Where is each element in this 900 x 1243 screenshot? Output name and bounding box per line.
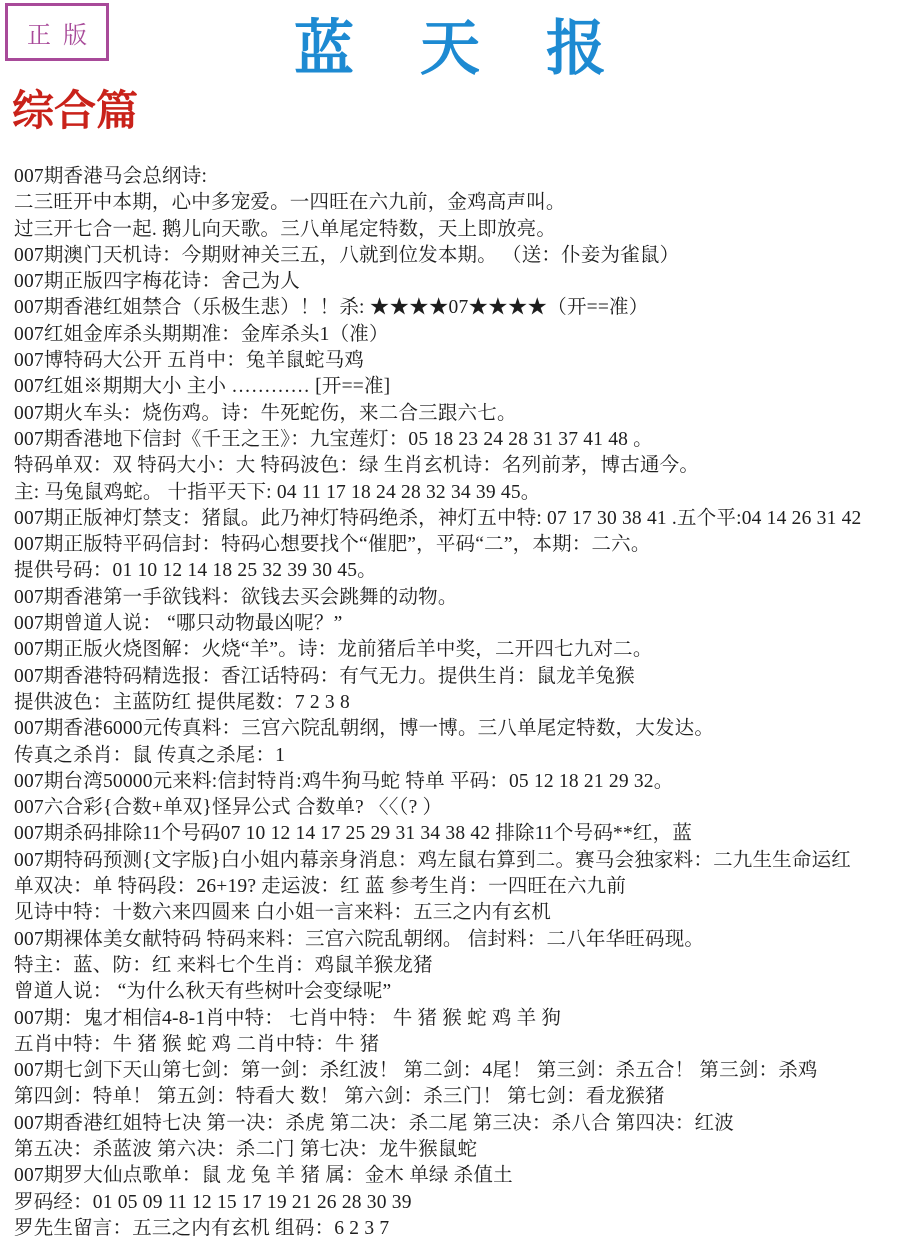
report-line: 特主：蓝、防：红 来料七个生肖：鸡鼠羊猴龙猪 xyxy=(14,953,898,979)
title-char-2: 天 xyxy=(420,8,480,90)
report-line: 007期香港6000元传真料：三宫六院乱朝纲，博一博。三八单尾定特数，大发达。 xyxy=(14,716,898,742)
report-line: 007期正版神灯禁支：猪鼠。此乃神灯特码绝杀，神灯五中特: 07 17 30 3… xyxy=(14,506,898,532)
report-line: 007博特码大公开 五肖中：兔羊鼠蛇马鸡 xyxy=(14,348,898,374)
report-content: 007期香港马会总纲诗:二三旺开中本期，心中多宠爱。一四旺在六九前，金鸡高声叫。… xyxy=(14,164,898,1242)
report-line: 见诗中特：十数六来四圆来 白小姐一言来料：五三之内有玄机 xyxy=(14,900,898,926)
report-line: 007期香港红姐禁合（乐极生悲）！！杀: ★★★★07★★★★（开==准） xyxy=(14,295,898,321)
report-line: 特码单双：双 特码大小：大 特码波色：绿 生肖玄机诗：名列前茅，博古通今。 xyxy=(14,453,898,479)
title-char-1: 蓝 xyxy=(294,8,354,90)
report-line: 007期香港特码精选报：香江话特码：有气无力。提供生肖：鼠龙羊兔猴 xyxy=(14,664,898,690)
report-line: 罗先生留言：五三之内有玄机 组码：6 2 3 7 xyxy=(14,1216,898,1242)
report-line: 主: 马兔鼠鸡蛇。 十指平天下: 04 11 17 18 24 28 32 34… xyxy=(14,480,898,506)
report-line: 007期正版特平码信封：特码心想要找个“催肥”，平码“二”，本期：二六。 xyxy=(14,532,898,558)
report-line: 007期正版火烧图解：火烧“羊”。诗：龙前猪后羊中奖，二开四七九对二。 xyxy=(14,637,898,663)
report-line: 提供波色：主蓝防红 提供尾数：7 2 3 8 xyxy=(14,690,898,716)
report-line: 传真之杀肖：鼠 传真之杀尾：1 xyxy=(14,743,898,769)
report-line: 第四剑：特单！ 第五剑：特看大 数！ 第六剑：杀三门！ 第七剑：看龙猴猪 xyxy=(14,1084,898,1110)
report-line: 007期裸体美女献特码 特码来料：三宫六院乱朝纲。 信封料：二八年华旺码现。 xyxy=(14,927,898,953)
report-line: 007期正版四字梅花诗：舍己为人 xyxy=(14,269,898,295)
report-line: 007期特码预测{文字版}白小姐内幕亲身消息：鸡左鼠右算到二。赛马会独家料：二九… xyxy=(14,848,898,874)
report-line: 007红姐※期期大小 主小 ………… [开==准] xyxy=(14,374,898,400)
section-heading: 综合篇 xyxy=(12,86,138,138)
report-line: 二三旺开中本期，心中多宠爱。一四旺在六九前，金鸡高声叫。 xyxy=(14,190,898,216)
title-char-3: 报 xyxy=(546,8,606,90)
report-line: 007期杀码排除11个号码07 10 12 14 17 25 29 31 34 … xyxy=(14,821,898,847)
newspaper-title: 蓝 天 报 xyxy=(0,8,900,90)
report-line: 提供号码：01 10 12 14 18 25 32 39 30 45。 xyxy=(14,558,898,584)
report-line: 过三开七合一起. 鹅儿向天歌。三八单尾定特数，天上即放亮。 xyxy=(14,217,898,243)
report-line: 曾道人说： “为什么秋天有些树叶会变绿呢” xyxy=(14,979,898,1005)
report-line: 007六合彩{合数+单双}怪异公式 合数单? 〈〈（? ） xyxy=(14,795,898,821)
report-line: 007期曾道人说： “哪只动物最凶呢？” xyxy=(14,611,898,637)
report-line: 007期七剑下天山第七剑：第一剑：杀红波！ 第二剑：4尾！ 第三剑：杀五合！ 第… xyxy=(14,1058,898,1084)
report-line: 007期香港地下信封《千王之王》：九宝莲灯：05 18 23 24 28 31 … xyxy=(14,427,898,453)
report-line: 第五决：杀蓝波 第六决：杀二门 第七决：龙牛猴鼠蛇 xyxy=(14,1137,898,1163)
report-line: 007期火车头：烧伤鸡。诗：牛死蛇伤，来二合三跟六七。 xyxy=(14,401,898,427)
report-line: 罗码经：01 05 09 11 12 15 17 19 21 26 28 30 … xyxy=(14,1190,898,1216)
report-line: 007红姐金库杀头期期准：金库杀头1（准） xyxy=(14,322,898,348)
report-line: 单双决：单 特码段：26+19? 走运波：红 蓝 参考生肖：一四旺在六九前 xyxy=(14,874,898,900)
report-line: 007期台湾50000元来料:信封特肖:鸡牛狗马蛇 特单 平码：05 12 18… xyxy=(14,769,898,795)
newspaper-page: 正 版 蓝 天 报 综合篇 007期香港马会总纲诗:二三旺开中本期，心中多宠爱。… xyxy=(0,0,900,1243)
report-line: 007期香港红姐特七决 第一决：杀虎 第二决：杀二尾 第三决：杀八合 第四决：红… xyxy=(14,1111,898,1137)
report-line: 007期香港马会总纲诗: xyxy=(14,164,898,190)
report-line: 007期香港第一手欲钱料：欲钱去买会跳舞的动物。 xyxy=(14,585,898,611)
report-line: 007期：鬼才相信4-8-1肖中特： 七肖中特： 牛 猪 猴 蛇 鸡 羊 狗 xyxy=(14,1006,898,1032)
report-line: 007期澳门天机诗：今期财神关三五，八就到位发本期。 （送：仆妾为雀鼠） xyxy=(14,243,898,269)
report-line: 五肖中特：牛 猪 猴 蛇 鸡 二肖中特：牛 猪 xyxy=(14,1032,898,1058)
report-line: 007期罗大仙点歌单：鼠 龙 兔 羊 猪 属：金木 单绿 杀值土 xyxy=(14,1163,898,1189)
